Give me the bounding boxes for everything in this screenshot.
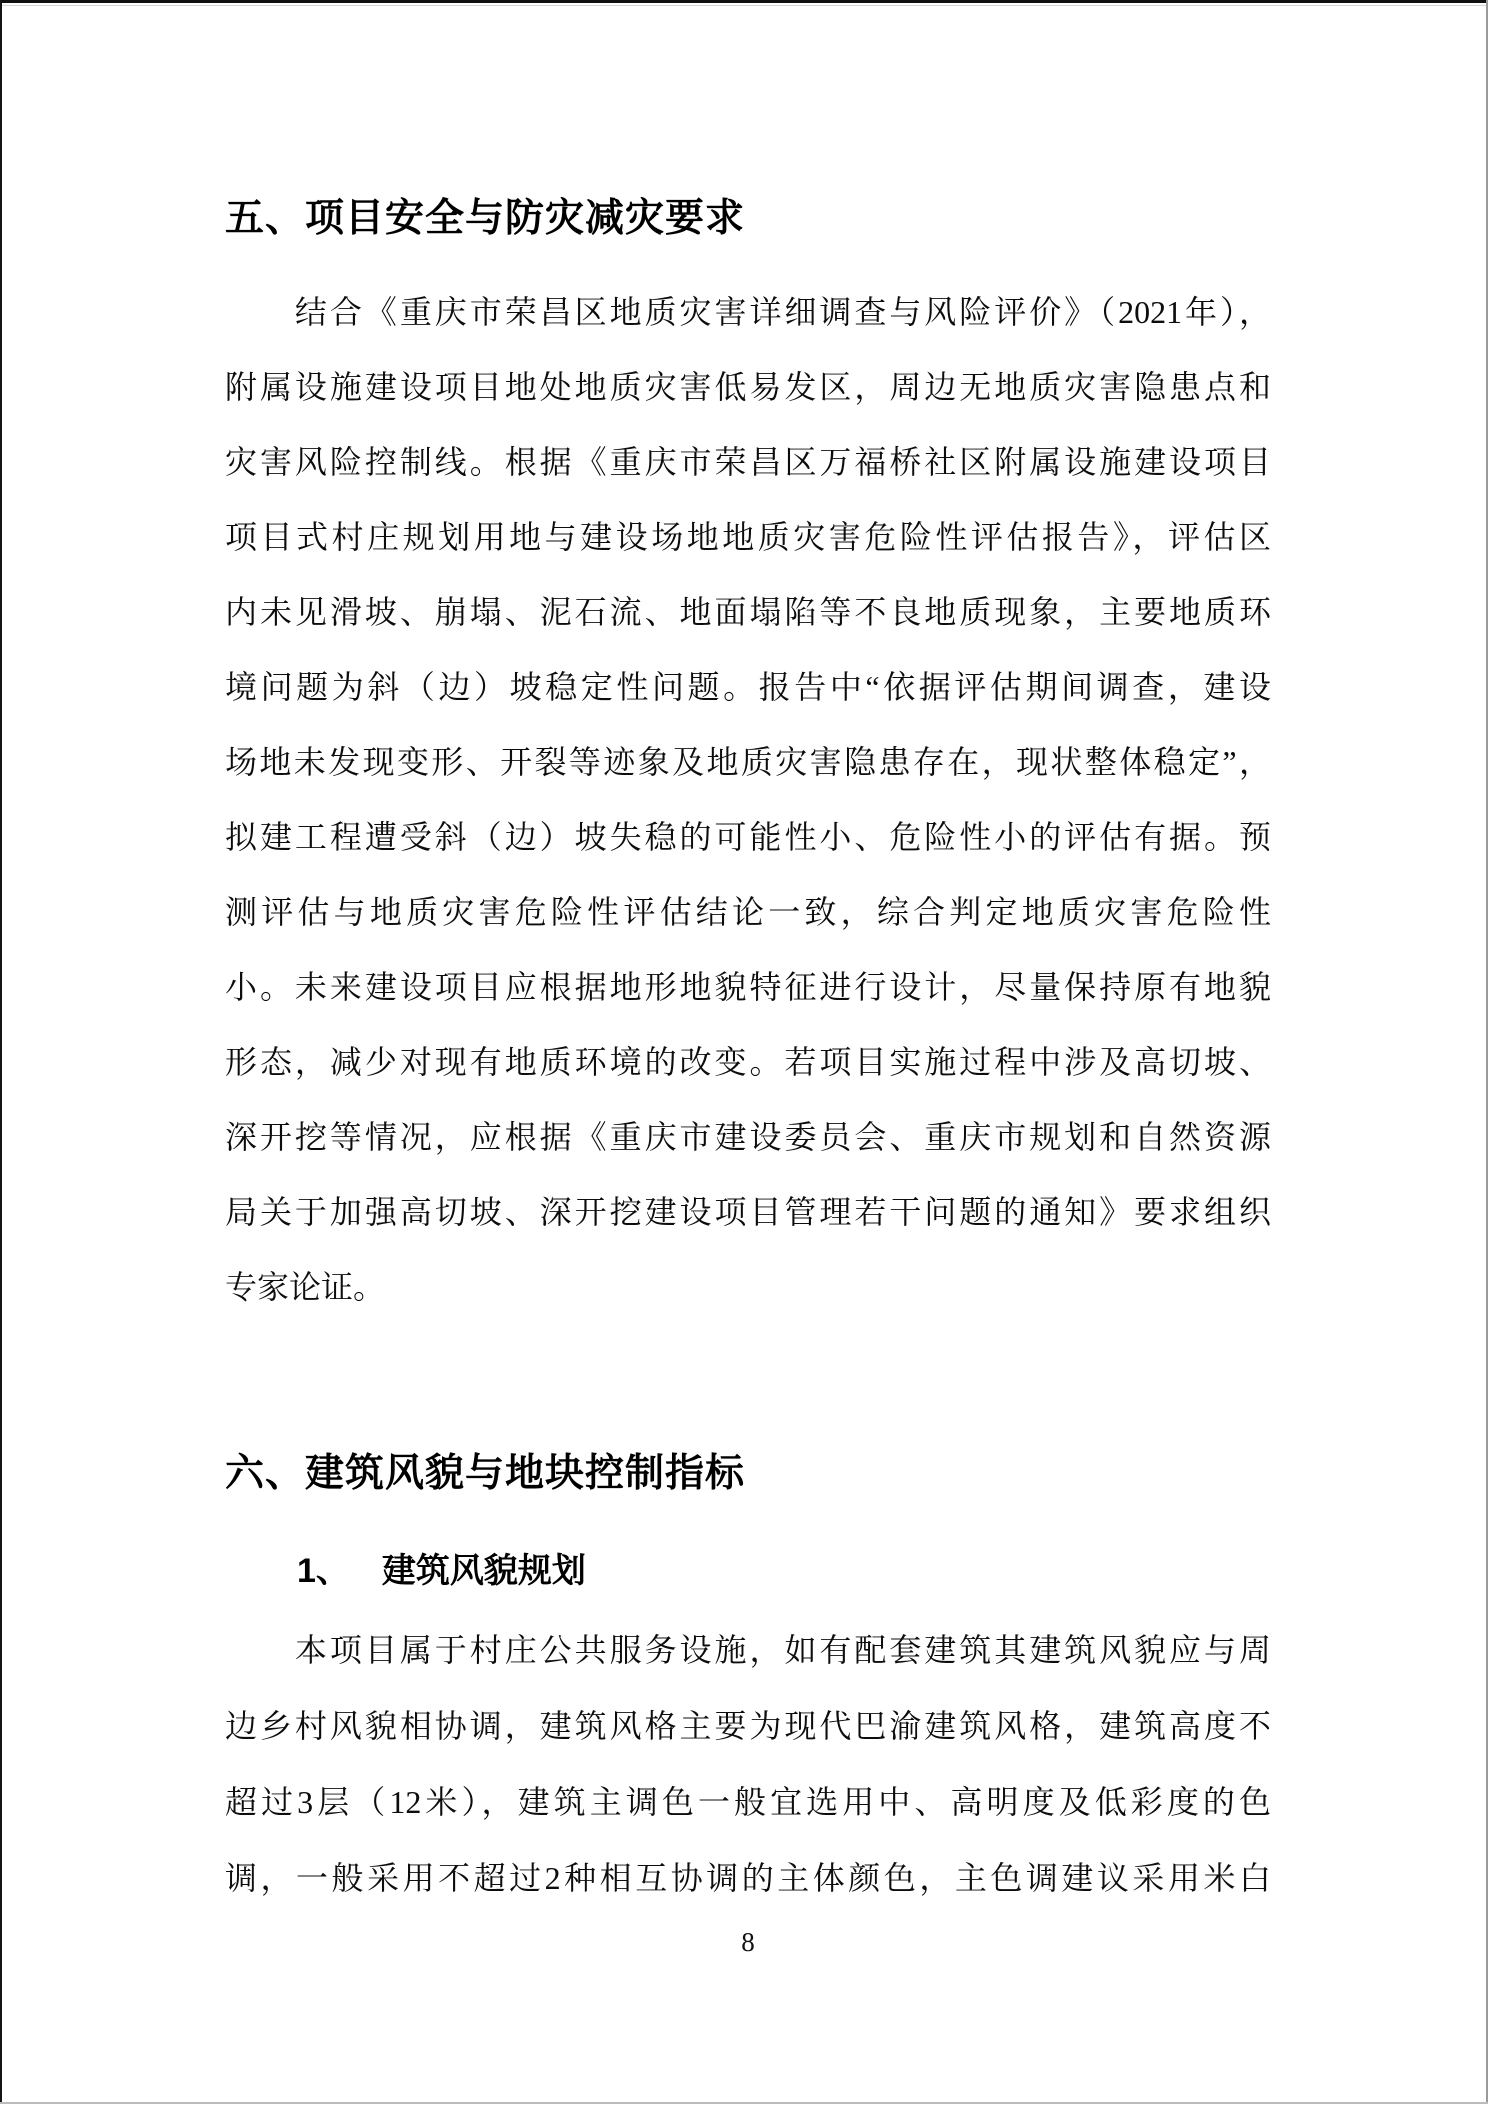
subsection1-number: 1、: [297, 1551, 350, 1591]
text-line: 调，一般采用不超过2种相互协调的主体颜色，主色调建议采用米白: [225, 1840, 1271, 1916]
text-line: 内未见滑坡、崩塌、泥石流、地面塌陷等不良地质现象，主要地质环: [225, 575, 1271, 650]
scan-edge-top: [0, 0, 1488, 3]
text-line: 本项目属于村庄公共服务设施，如有配套建筑其建筑风貌应与周: [225, 1612, 1271, 1688]
document-page: 五、项目安全与防灾减灾要求 结合《重庆市荣昌区地质灾害详细调查与风险评价》（20…: [0, 0, 1488, 2104]
scan-edge-top-shadow: [0, 5, 1488, 6]
text-line: 形态，减少对现有地质环境的改变。若项目实施过程中涉及高切坡、: [225, 1025, 1271, 1100]
text-line: 测评估与地质灾害危险性评估结论一致，综合判定地质灾害危险性: [225, 875, 1271, 950]
page-number: 8: [225, 1926, 1271, 1958]
text-line: 小。未来建设项目应根据地形地貌特征进行设计，尽量保持原有地貌: [225, 950, 1271, 1025]
text-line: 边乡村风貌相协调，建筑风格主要为现代巴渝建筑风格，建筑高度不: [225, 1688, 1271, 1764]
text-line: 局关于加强高切坡、深开挖建设项目管理若干问题的通知》要求组织: [225, 1175, 1271, 1250]
section5-paragraph: 结合《重庆市荣昌区地质灾害详细调查与风险评价》（2021年），附属设施建设项目地…: [225, 275, 1271, 1325]
subsection1-heading: 1、建筑风貌规划: [297, 1551, 586, 1591]
section5-heading: 五、项目安全与防灾减灾要求: [225, 197, 745, 241]
text-line: 境问题为斜（边）坡稳定性问题。报告中“依据评估期间调查，建设: [225, 650, 1271, 725]
text-line: 场地未发现变形、开裂等迹象及地质灾害隐患存在，现状整体稳定”，: [225, 725, 1271, 800]
section6-heading: 六、建筑风貌与地块控制指标: [225, 1452, 745, 1496]
text-line: 超过3层（12米），建筑主调色一般宜选用中、高明度及低彩度的色: [225, 1764, 1271, 1840]
text-line: 深开挖等情况，应根据《重庆市建设委员会、重庆市规划和自然资源: [225, 1100, 1271, 1175]
scan-edge-left: [0, 0, 2, 2104]
text-line: 专家论证。: [225, 1250, 1271, 1325]
text-line: 附属设施建设项目地处地质灾害低易发区，周边无地质灾害隐患点和: [225, 350, 1271, 425]
text-line: 拟建工程遭受斜（边）坡失稳的可能性小、危险性小的评估有据。预: [225, 800, 1271, 875]
text-line: 结合《重庆市荣昌区地质灾害详细调查与风险评价》（2021年），: [225, 275, 1271, 350]
text-line: 灾害风险控制线。根据《重庆市荣昌区万福桥社区附属设施建设项目: [225, 425, 1271, 500]
text-line: 项目式村庄规划用地与建设场地地质灾害危险性评估报告》，评估区: [225, 500, 1271, 575]
section6-paragraph: 本项目属于村庄公共服务设施，如有配套建筑其建筑风貌应与周边乡村风貌相协调，建筑风…: [225, 1612, 1271, 1916]
subsection1-title: 建筑风貌规划: [382, 1552, 586, 1590]
